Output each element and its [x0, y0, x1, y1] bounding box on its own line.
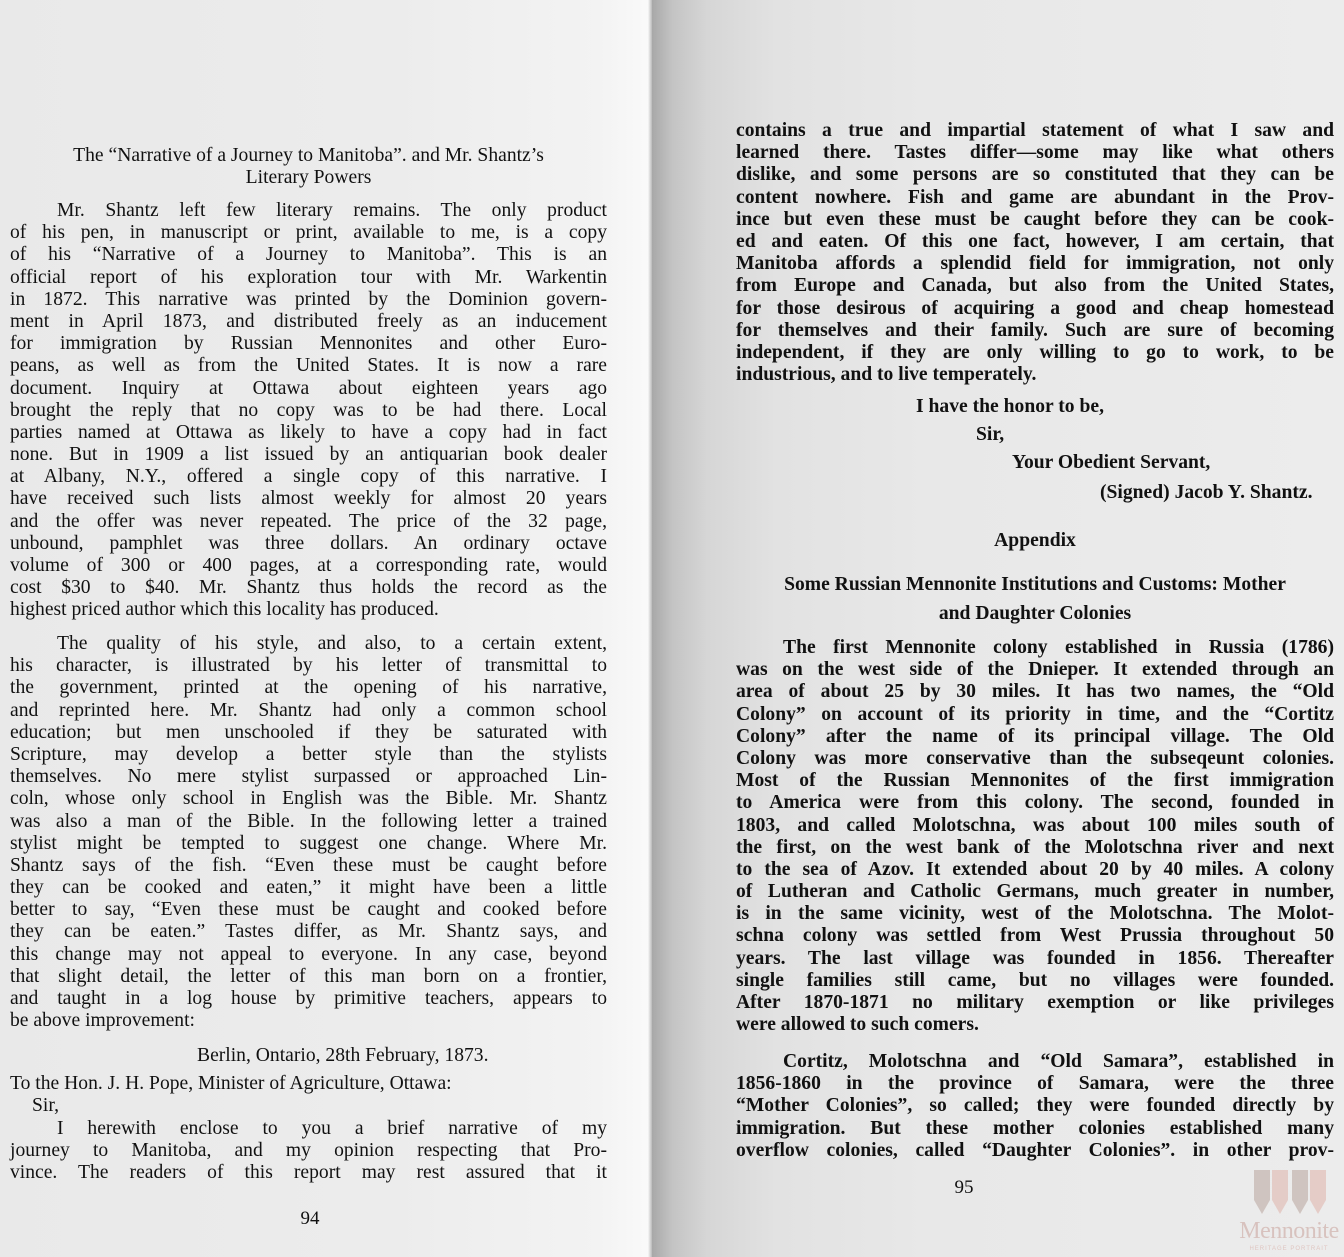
text-line: be above improvement: [10, 1010, 607, 1032]
text-line: The quality of his style, and also, to a… [10, 633, 607, 655]
text-line: at Albany, N.Y., offered a single copy o… [10, 466, 607, 488]
appendix-subtitle: Some Russian Mennonite Institutions and … [736, 570, 1334, 628]
closing-line: I have the honor to be, [736, 396, 1334, 418]
text-line: was on the west side of the Dnieper. It … [736, 659, 1334, 681]
letter-continued: contains a true and impartial statement … [736, 120, 1334, 386]
text-line: they can be eaten.” Tastes differ, as Mr… [10, 921, 607, 943]
letter-salutation: Sir, [10, 1095, 607, 1117]
text-line: his character, is illustrated by his let… [10, 655, 607, 677]
closing-line: Sir, [736, 424, 1334, 446]
page-number: 94 [290, 1208, 330, 1230]
text-line: Cortitz, Molotschna and “Old Samara”, es… [736, 1051, 1334, 1073]
text-line: is in the same vicinity, west of the Mol… [736, 903, 1334, 925]
appendix-title-text: Appendix [736, 530, 1334, 552]
text-line: peans, as well as from the United States… [10, 355, 607, 377]
text-line: none. But in 1909 a list issued by an an… [10, 444, 607, 466]
text-line: contains a true and impartial statement … [736, 120, 1334, 142]
text-line: immigration. But these mother colonies e… [736, 1118, 1334, 1140]
text-line: of his pen, in manuscript or print, avai… [10, 222, 607, 244]
text-line: document. Inquiry at Ottawa about eighte… [10, 378, 607, 400]
text-line: Colony” after the name of its principal … [736, 726, 1334, 748]
text-line: of Lutheran and Catholic Germans, much g… [736, 881, 1334, 903]
text-line: vince. The readers of this report may re… [10, 1162, 607, 1184]
text-line: better to say, “Even these must be caugh… [10, 899, 607, 921]
watermark-subtitle: HERITAGE PORTRAIT [1234, 1246, 1344, 1252]
text-line: The first Mennonite colony established i… [736, 637, 1334, 659]
text-line: I herewith enclose to you a brief narrat… [10, 1118, 607, 1140]
heading-line: The “Narrative of a Journey to Manitoba”… [10, 145, 607, 167]
text-line: to America were from this colony. The se… [736, 792, 1334, 814]
text-line: ment in April 1873, and distributed free… [10, 311, 607, 333]
text-line: of his “Narrative of a Journey to Manito… [10, 244, 607, 266]
heading-line: Literary Powers [10, 167, 607, 189]
letter-closing: I have the honor to be, Sir, Your Obedie… [736, 396, 1334, 504]
text-line: single families still came, but no villa… [736, 970, 1334, 992]
text-line: industrious, and to live temperately. [736, 364, 1334, 386]
text-line: years. The last village was founded in 1… [736, 948, 1334, 970]
text-line: and reprinted here. Mr. Shantz had only … [10, 700, 607, 722]
text-line: for themselves and their family. Such ar… [736, 320, 1334, 342]
text-line: Manitoba affords a splendid field for im… [736, 253, 1334, 275]
text-line: volume of 300 or 400 pages, at a corresp… [10, 555, 607, 577]
paragraph: Cortitz, Molotschna and “Old Samara”, es… [736, 1051, 1334, 1162]
letter-address: To the Hon. J. H. Pope, Minister of Agri… [10, 1073, 607, 1095]
text-line: themselves. No mere stylist surpassed or… [10, 766, 607, 788]
text-line: 1856-1860 in the province of Samara, wer… [736, 1073, 1334, 1095]
closing-line: Your Obedient Servant, [736, 452, 1334, 474]
text-line: education; but men unschooled if they be… [10, 722, 607, 744]
text-line: “Mother Colonies”, so called; they were … [736, 1095, 1334, 1117]
letter-body: I herewith enclose to you a brief narrat… [10, 1118, 607, 1185]
text-line: ince but even these must be caught befor… [736, 209, 1334, 231]
text-line: that slight detail, the letter of this m… [10, 966, 607, 988]
text-line: was also a man of the Bible. In the foll… [10, 811, 607, 833]
signature: (Signed) Jacob Y. Shantz. [736, 482, 1334, 504]
right-page: contains a true and impartial statement … [652, 0, 1344, 1257]
mennonite-heritage-watermark: Mennonite HERITAGE PORTRAIT [1234, 1170, 1344, 1257]
heritage-logo-icon [1250, 1170, 1330, 1220]
text-line: area of about 25 by 30 miles. It has two… [736, 681, 1334, 703]
text-line: official report of his exploration tour … [10, 267, 607, 289]
text-line: independent, if they are only willing to… [736, 342, 1334, 364]
appendix-title: Appendix [736, 530, 1334, 552]
watermark-title: Mennonite [1234, 1218, 1344, 1245]
text-line: to the sea of Azov. It extended about 20… [736, 859, 1334, 881]
text-line: Colony” on account of its priority in ti… [736, 704, 1334, 726]
text-line: for those desirous of acquiring a good a… [736, 298, 1334, 320]
text-line: Mr. Shantz left few literary remains. Th… [10, 200, 607, 222]
text-line: for immigration by Russian Mennonites an… [10, 333, 607, 355]
text-line: Colony was more conservative than the su… [736, 748, 1334, 770]
text-line: this change may not appeal to everyone. … [10, 944, 607, 966]
letter-header: Berlin, Ontario, 28th February, 1873. To… [10, 1045, 607, 1118]
text-line: were allowed to such comers. [736, 1014, 1334, 1036]
text-line: and the offer was never repeated. The pr… [10, 511, 607, 533]
left-page: The “Narrative of a Journey to Manitoba”… [0, 0, 652, 1257]
text-line: highest priced author which this localit… [10, 599, 607, 621]
text-line: overflow colonies, called “Daughter Colo… [736, 1140, 1334, 1162]
text-line: stylist might be tempted to suggest one … [10, 833, 607, 855]
text-line: ed and eaten. Of this one fact, however,… [736, 231, 1334, 253]
text-line: in 1872. This narrative was printed by t… [10, 289, 607, 311]
text-line: cost $30 to $40. Mr. Shantz thus holds t… [10, 577, 607, 599]
paragraph: The quality of his style, and also, to a… [10, 633, 607, 1032]
text-line: coln, whose only school in English was t… [10, 788, 607, 810]
text-line: Most of the Russian Mennonites of the fi… [736, 770, 1334, 792]
letter-dateline: Berlin, Ontario, 28th February, 1873. [10, 1045, 607, 1067]
text-line: Scripture, may develop a better style th… [10, 744, 607, 766]
text-line: brought the reply that no copy was to be… [10, 400, 607, 422]
text-line: the government, printed at the opening o… [10, 677, 607, 699]
text-line: the first, on the west bank of the Molot… [736, 837, 1334, 859]
text-line: have received such lists almost weekly f… [10, 488, 607, 510]
text-line: After 1870-1871 no military exemption or… [736, 992, 1334, 1014]
text-line: from Europe and Canada, but also from th… [736, 275, 1334, 297]
section-heading: The “Narrative of a Journey to Manitoba”… [10, 145, 607, 189]
text-line: content nowhere. Fish and game are abund… [736, 187, 1334, 209]
text-line: learned there. Tastes differ—some may li… [736, 142, 1334, 164]
text-line: and taught in a log house by primitive t… [10, 988, 607, 1010]
text-line: dislike, and some persons are so constit… [736, 164, 1334, 186]
text-line: parties named at Ottawa as likely to hav… [10, 422, 607, 444]
paragraph: Mr. Shantz left few literary remains. Th… [10, 200, 607, 622]
text-line: Shantz says of the fish. “Even these mus… [10, 855, 607, 877]
subtitle-line: and Daughter Colonies [736, 599, 1334, 628]
text-line: schna colony was settled from West Pruss… [736, 925, 1334, 947]
page-number: 95 [944, 1177, 984, 1199]
text-line: journey to Manitoba, and my opinion resp… [10, 1140, 607, 1162]
text-line: 1803, and called Molotschna, was about 1… [736, 815, 1334, 837]
text-line: unbound, pamphlet was three dollars. An … [10, 533, 607, 555]
text-line: they can be cooked and eaten,” it might … [10, 877, 607, 899]
paragraph: The first Mennonite colony established i… [736, 637, 1334, 1036]
subtitle-line: Some Russian Mennonite Institutions and … [736, 570, 1334, 599]
